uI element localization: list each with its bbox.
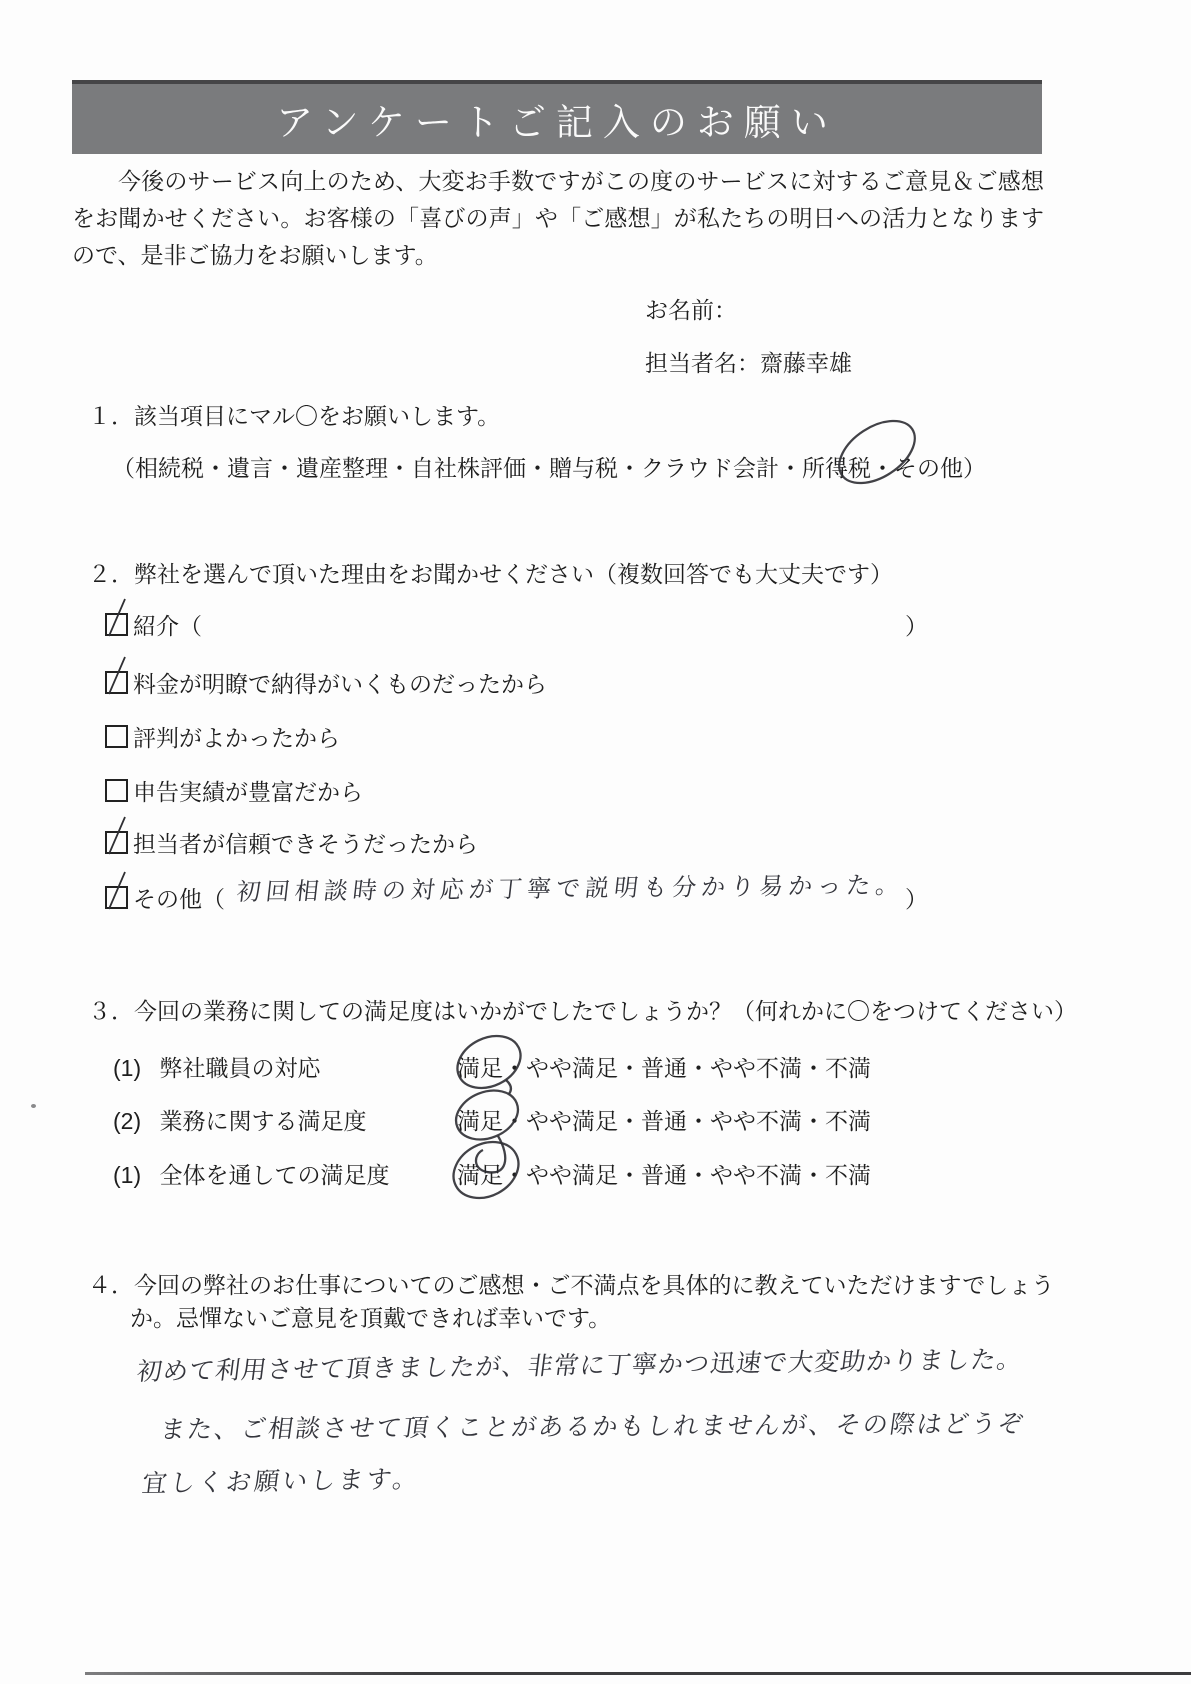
q2-item-label: 評判がよかったから: [133, 720, 340, 753]
q1-options-after: ・その他）: [871, 455, 986, 481]
q2-item-label: 担当者が信頼できそうだったから: [133, 826, 478, 859]
questionnaire-scan: アンケートご記入のお願い 今後のサービス向上のため、大変お手数ですがこの度のサー…: [0, 0, 1191, 1684]
staff-name-value: 齋藤幸雄: [760, 350, 852, 376]
q2-item-label: 料金が明瞭で納得がいくものだったから: [133, 666, 547, 699]
stray-scan-dot: [31, 1104, 36, 1108]
q2-other-handwritten-note: 初回相談時の対応が丁寧で説明も分かり易かった。: [235, 865, 907, 907]
q3-row-number: (1): [113, 1162, 141, 1188]
q3-row-staff-response: (1) 弊社職員の対応: [113, 1050, 321, 1083]
q3-row-overall-satisfaction-scale: 満足・やや満足・普通・やや不満・不満: [457, 1157, 871, 1190]
q3-row-service-satisfaction-scale: 満足・やや満足・普通・やや不満・不満: [457, 1103, 871, 1136]
bottom-scan-line: [85, 1672, 1191, 1675]
q2-item-label: その他（: [133, 881, 225, 914]
q3-scale-rest: ・やや満足・普通・やや不満・不満: [503, 1162, 871, 1188]
q3-row-label: 業務に関する満足度: [160, 1108, 367, 1134]
checkbox-reputation: [105, 725, 128, 748]
q2-item-trustworthy-staff: 担当者が信頼できそうだったから: [105, 826, 478, 859]
q2-item-other-close-paren: ）: [905, 881, 928, 914]
staff-name-line: 担当者名：齋藤幸雄: [645, 345, 852, 378]
q4-heading-line2: か。忌憚ないご意見を頂戴できれば幸いです。: [130, 1300, 611, 1333]
q2-item-track-record: 申告実績が豊富だから: [105, 774, 363, 807]
q3-row-service-satisfaction: (2) 業務に関する満足度: [113, 1103, 367, 1136]
q1-heading: １．該当項目にマル〇をお願いします。: [88, 398, 500, 431]
staff-name-label: 担当者名：: [645, 350, 760, 376]
q2-item-label: 申告実績が豊富だから: [133, 774, 363, 807]
q3-selected-option: 満足: [457, 1108, 503, 1134]
q3-selected-option: 満足: [457, 1162, 503, 1188]
q2-item-other: その他（: [105, 881, 225, 914]
q3-heading: ３．今回の業務に関しての満足度はいかがでしたでしょうか？（何れかに〇をつけてくだ…: [88, 993, 1077, 1026]
check-slash-icon: [103, 867, 129, 911]
check-slash-icon: [103, 594, 129, 638]
q4-answer-line2: また、ご相談させて頂くことがあるかもしれませんが、その際はどうぞ: [158, 1404, 1028, 1446]
q1-options-before: （相続税・遺言・遺産整理・自社株評価・贈与税・クラウド会計・: [112, 455, 802, 481]
q3-row-number: (1): [113, 1055, 141, 1081]
q2-heading: ２．弊社を選んで頂いた理由をお聞かせください（複数回答でも大丈夫です）: [88, 556, 893, 589]
checkbox-trustworthy-staff: [105, 831, 128, 854]
checkbox-track-record: [105, 779, 128, 802]
q2-item-referral: 紹介（: [105, 608, 202, 641]
checkbox-referral: [105, 613, 128, 636]
q3-row-number: (2): [113, 1108, 141, 1134]
page-title: アンケートご記入のお願い: [276, 92, 838, 146]
q3-row-overall-satisfaction: (1) 全体を通しての満足度: [113, 1157, 390, 1190]
checkbox-pricing: [105, 671, 128, 694]
customer-name-label: お名前：: [645, 292, 737, 325]
q1-option-circled: 所得税: [802, 455, 871, 481]
q3-row-staff-response-scale: 満足・やや満足・普通・やや不満・不満: [457, 1050, 871, 1083]
q3-scale-rest: ・やや満足・普通・やや不満・不満: [503, 1055, 871, 1081]
q4-answer-line1: 初めて利用させて頂きましたが、非常に丁寧かつ迅速で大変助かりました。: [135, 1340, 1025, 1388]
check-slash-icon: [103, 812, 129, 856]
q2-item-pricing: 料金が明瞭で納得がいくものだったから: [105, 666, 547, 699]
q3-scale-rest: ・やや満足・普通・やや不満・不満: [503, 1108, 871, 1134]
check-slash-icon: [103, 652, 129, 696]
q1-options-line: （相続税・遺言・遺産整理・自社株評価・贈与税・クラウド会計・所得税・その他）: [112, 450, 986, 483]
q2-item-label: 紹介（: [133, 608, 202, 641]
q2-item-referral-close-paren: ）: [905, 608, 928, 641]
intro-paragraph: 今後のサービス向上のため、大変お手数ですがこの度のサービスに対するご意見＆ご感想…: [72, 163, 1044, 274]
title-banner: アンケートご記入のお願い: [72, 80, 1042, 154]
q4-answer-line3: 宜しくお願いします。: [140, 1459, 423, 1500]
q3-row-label: 全体を通しての満足度: [160, 1162, 390, 1188]
q3-selected-option: 満足: [457, 1055, 503, 1081]
q4-heading-line1: ４．今回の弊社のお仕事についてのご感想・ご不満点を具体的に教えていただけますでし…: [88, 1267, 1054, 1300]
q2-item-reputation: 評判がよかったから: [105, 720, 340, 753]
q3-row-label: 弊社職員の対応: [160, 1055, 321, 1081]
checkbox-other: [105, 886, 128, 909]
